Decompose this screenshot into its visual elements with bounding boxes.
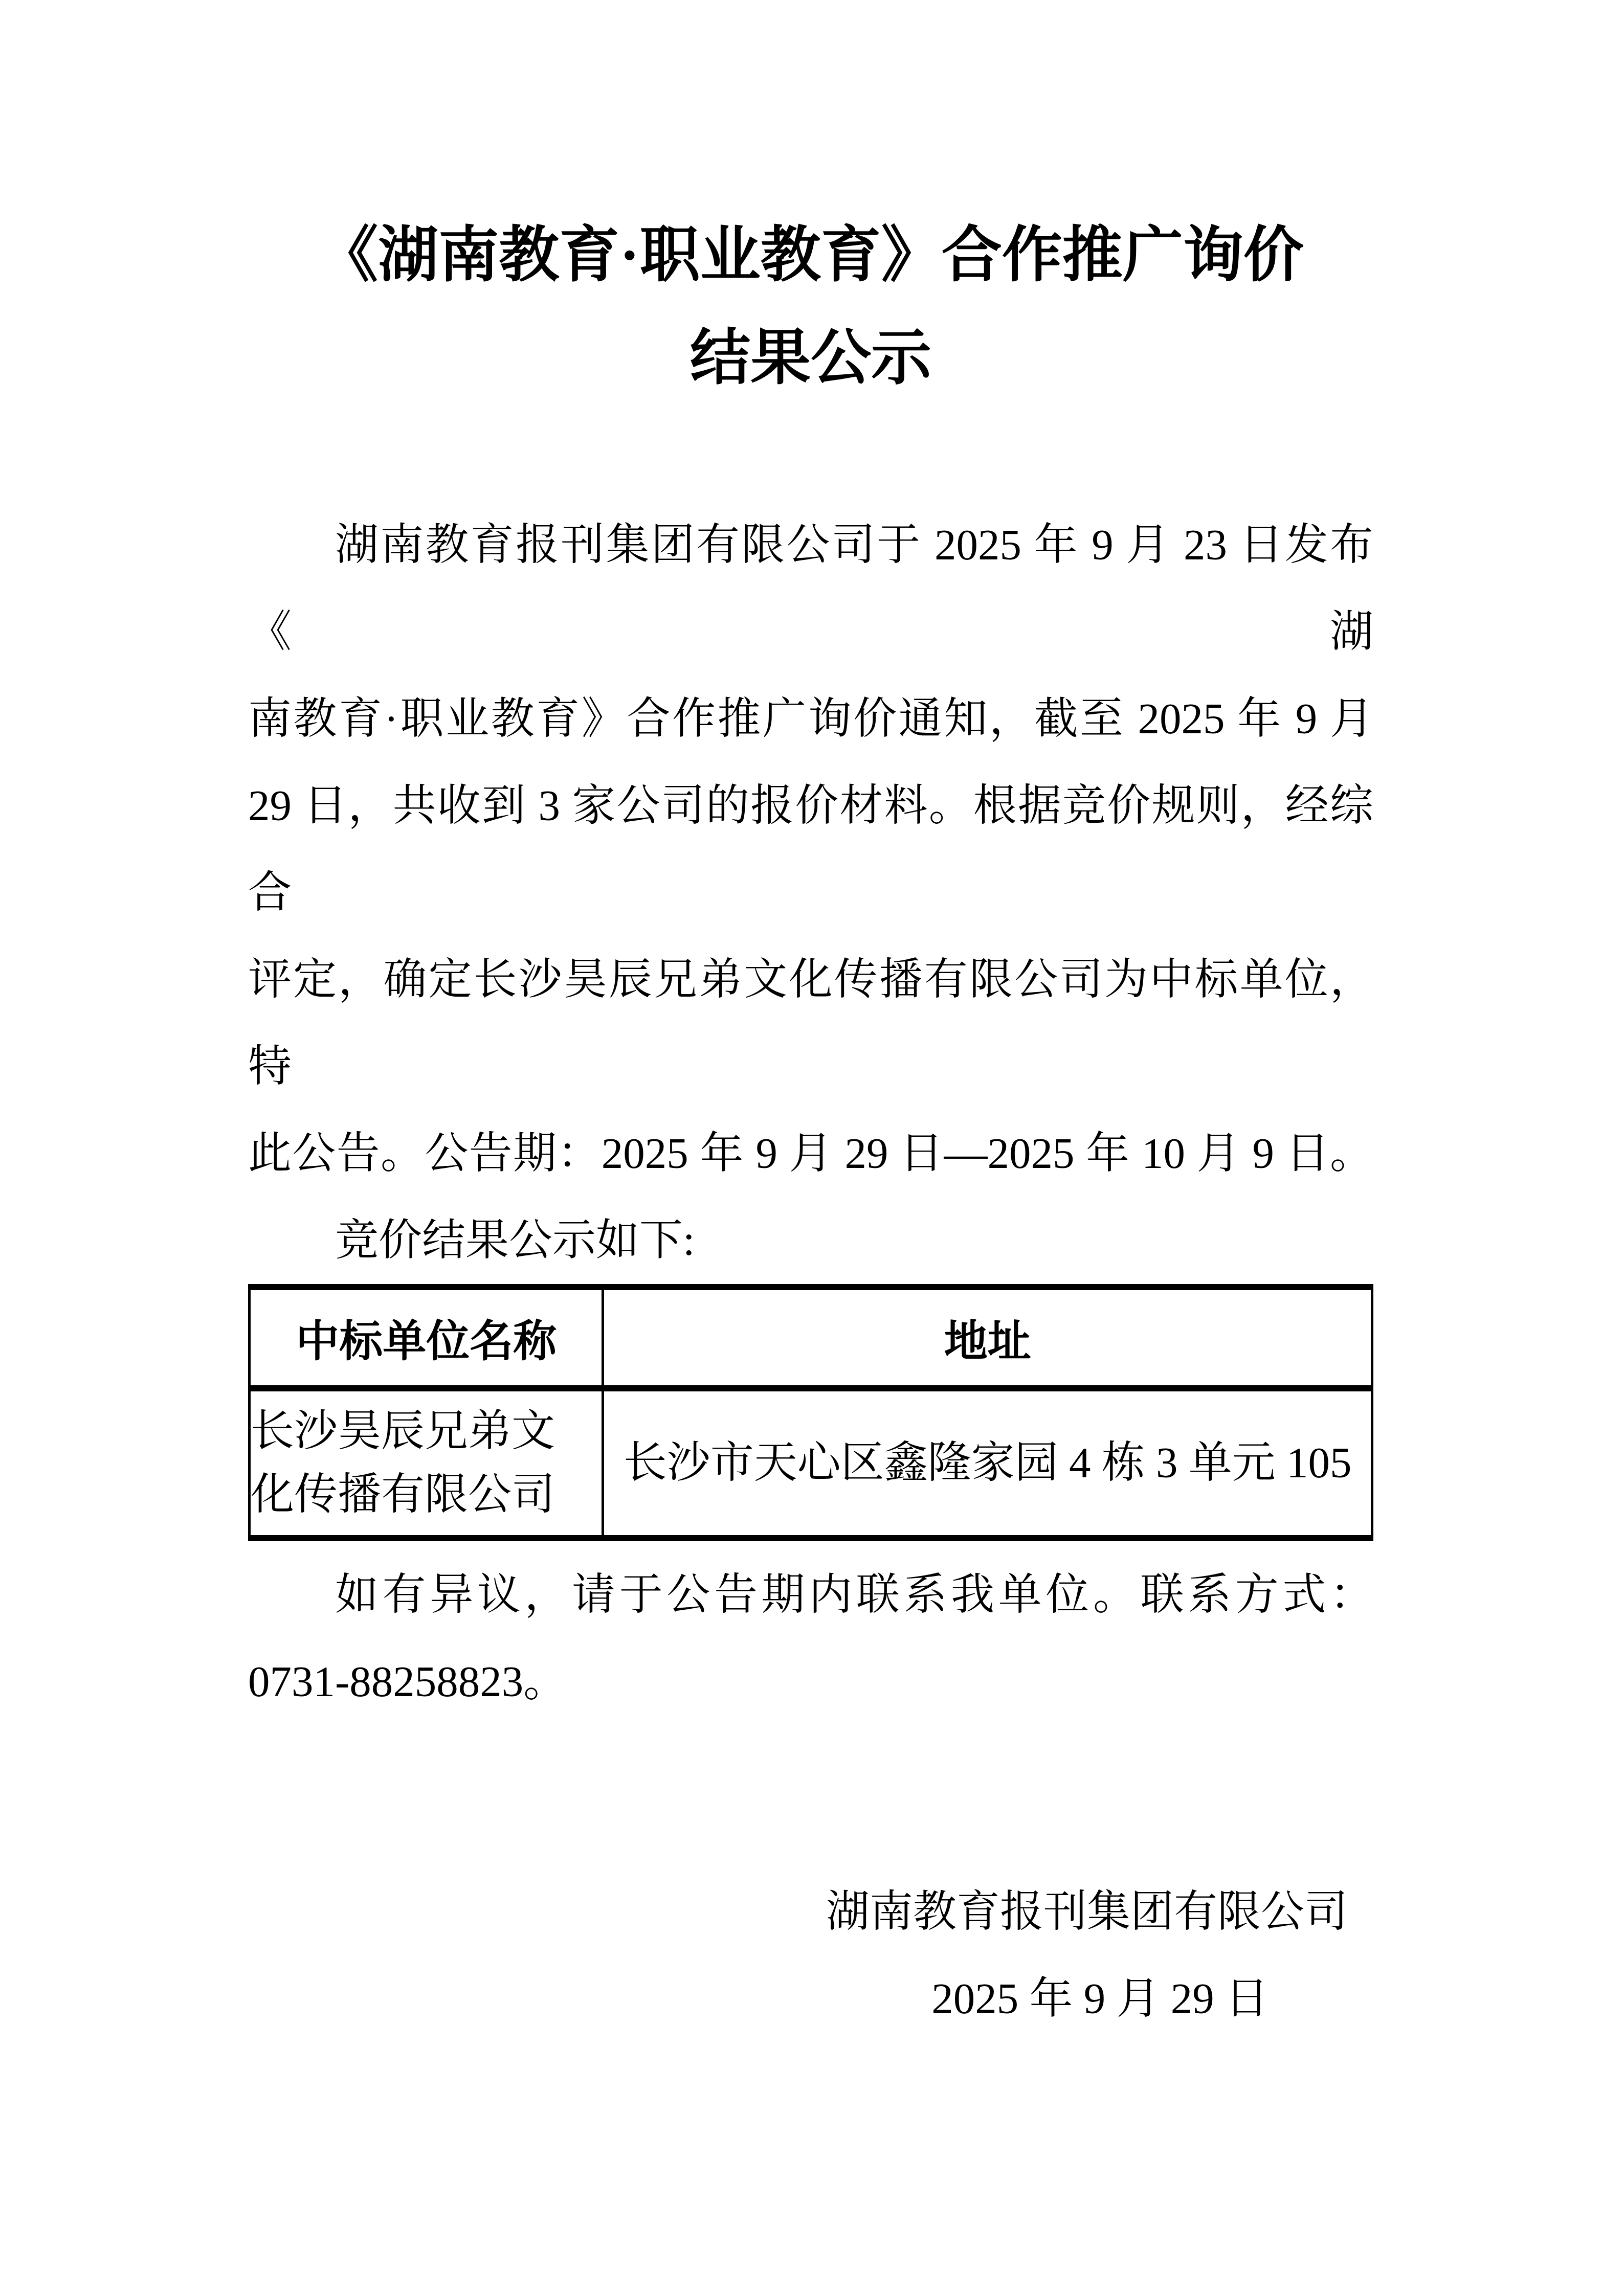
document-page: 《湖南教育·职业教育》合作推广询价 结果公示 湖南教育报刊集团有限公司于 202…	[0, 0, 1624, 2296]
signature-date: 2025 年 9 月 29 日	[248, 1955, 1373, 2042]
lead-in-paragraph: 竞价结果公示如下:	[248, 1197, 1373, 1284]
table-header-row: 中标单位名称 地址	[250, 1287, 1372, 1388]
signature-org: 湖南教育报刊集团有限公司	[248, 1869, 1373, 1955]
result-table: 中标单位名称 地址 长沙昊辰兄弟文 化传播有限公司 长沙市天心区鑫隆家园 4 栋…	[248, 1284, 1373, 1541]
objection-paragraph: 如有异议，请于公告期内联系我单位。联系方式：	[248, 1551, 1373, 1638]
winner-name-cell: 长沙昊辰兄弟文 化传播有限公司	[250, 1388, 603, 1538]
table-header-address: 地址	[603, 1287, 1372, 1388]
table-row: 长沙昊辰兄弟文 化传播有限公司 长沙市天心区鑫隆家园 4 栋 3 单元 105	[250, 1388, 1372, 1538]
document-title: 《湖南教育·职业教育》合作推广询价 结果公示	[248, 205, 1373, 410]
intro-paragraph: 湖南教育报刊集团有限公司于 2025 年 9 月 23 日发布《湖 南教育·职业…	[248, 502, 1373, 1197]
winner-address-cell: 长沙市天心区鑫隆家园 4 栋 3 单元 105	[603, 1388, 1372, 1538]
phone-paragraph: 0731-88258823。	[248, 1638, 1373, 1725]
table-header-winner-name: 中标单位名称	[250, 1287, 603, 1388]
